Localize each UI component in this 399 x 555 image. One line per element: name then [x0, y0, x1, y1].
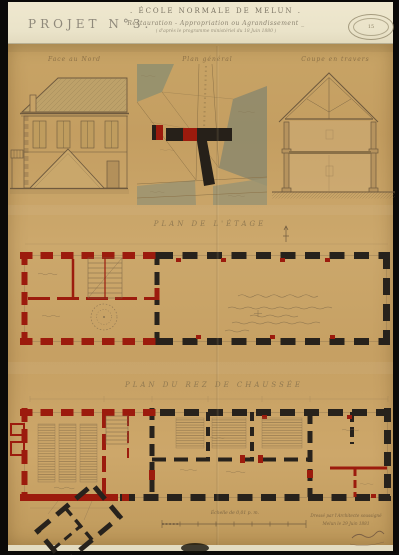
staircase [88, 258, 122, 298]
tree-lined-avenue [204, 66, 206, 130]
ground-floor-plan [11, 396, 390, 555]
side-stair [11, 150, 23, 188]
new-building-block [183, 128, 197, 141]
staircase-gf [106, 416, 128, 444]
classroom-desks [38, 418, 302, 482]
elevation-drawing [10, 78, 129, 194]
section-drawing [272, 73, 395, 199]
entrance-door [107, 161, 119, 188]
upper-windows [33, 121, 118, 148]
first-floor-plan [20, 244, 388, 345]
existing-walls [157, 252, 387, 345]
linework-layer [0, 0, 399, 555]
chimney [30, 95, 36, 112]
new-walls [20, 252, 158, 345]
section-wall-right [371, 122, 376, 192]
handwritten-annotations [38, 273, 332, 332]
section-wall-left [284, 122, 289, 192]
site-shaded-block-nw [137, 64, 174, 102]
signature-flourish [350, 531, 384, 545]
site-plan-drawing [137, 64, 267, 205]
new-work-accents [155, 258, 336, 339]
diagonal-wing [197, 141, 215, 186]
floor-slab [289, 151, 371, 154]
site-shaded-block-se [213, 178, 267, 205]
existing-building-block [166, 128, 232, 141]
foreground-gable [30, 149, 104, 188]
north-arrow [283, 226, 289, 242]
scanned-drawing-sheet: PROJET N°3. . ÉCOLE NORMALE DE MELUN . R… [0, 0, 399, 555]
scale-bar [162, 520, 306, 528]
photo-clip-shadow [181, 543, 209, 553]
existing-walls-gf [120, 408, 390, 501]
circular-motif [91, 304, 117, 330]
